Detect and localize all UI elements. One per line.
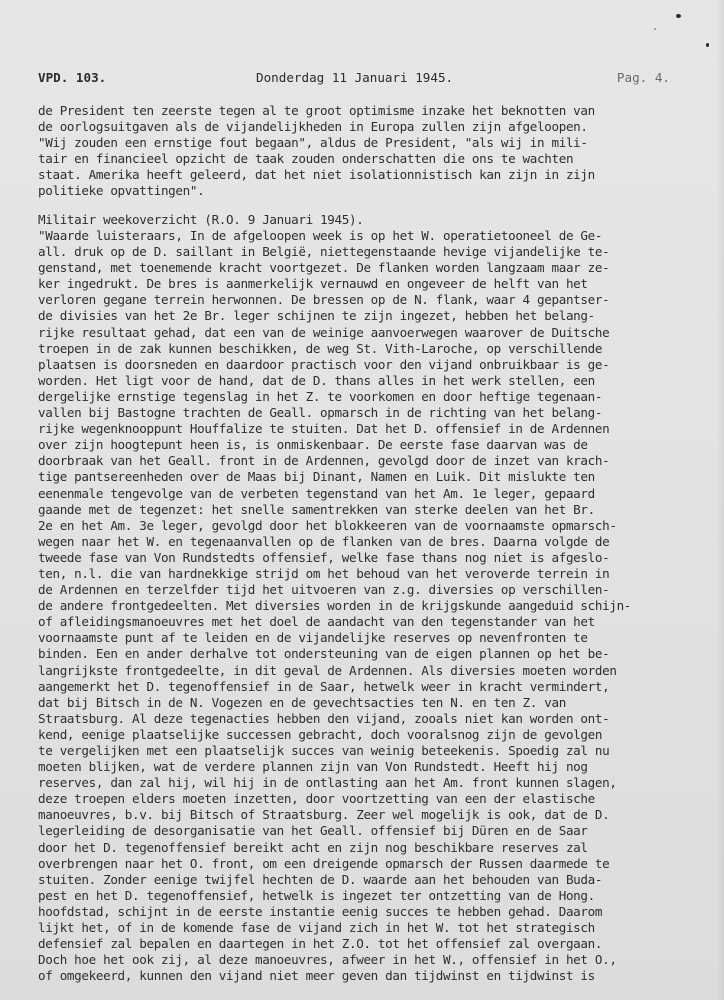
text-line: te vergelijken met een plaatselijk succe… [38, 743, 688, 759]
text-line: kend, eenige plaatselijke successen gebr… [38, 727, 688, 743]
text-line: Doch hoe het ook zij, al deze manoeuvres… [38, 952, 688, 968]
text-line: gaande met de tegenzet: het snelle samen… [38, 502, 688, 518]
document-date: Donderdag 11 Januari 1945. [256, 70, 453, 85]
text-line: ten, n.l. die van hardnekkige strijd om … [38, 566, 688, 582]
text-line: wegen naar het W. en tegenaanvallen op d… [38, 534, 688, 550]
text-line: worden. Het ligt voor de hand, dat de D.… [38, 373, 688, 389]
text-line: 2e en het Am. 3e leger, gevolgd door het… [38, 518, 688, 534]
text-line: rijke wegenknooppunt Houffalize te stuit… [38, 421, 688, 437]
text-line: pest en het D. tegenoffensief, hetwelk i… [38, 888, 688, 904]
text-line: door het D. tegenoffensief bereikt acht … [38, 840, 688, 856]
ink-speck [676, 14, 681, 18]
ink-speck [654, 28, 656, 30]
text-line: of omgekeerd, kunnen den vijand niet mee… [38, 968, 688, 984]
text-line: lijkt het, of in de komende fase de vija… [38, 920, 688, 936]
text-line: hoofdstad, schijnt in de eerste instanti… [38, 904, 688, 920]
document-number: VPD. 103. [38, 70, 106, 85]
paragraph-military-overview: "Waarde luisteraars, In de afgeloopen we… [38, 228, 688, 984]
text-line: vallen bij Bastogne trachten de Geall. o… [38, 405, 688, 421]
text-line: doorbraak van het Geall. front in de Ard… [38, 453, 688, 469]
text-line: de Ardennen en terzelfder tijd het uitvo… [38, 582, 688, 598]
text-line: tige pantsereenheden over de Maas bij Di… [38, 469, 688, 485]
paragraph-president: de President ten zeerste tegen al te gro… [38, 103, 688, 200]
text-line: "Waarde luisteraars, In de afgeloopen we… [38, 228, 688, 244]
text-line: ker ingedrukt. De bres is aanmerkelijk v… [38, 276, 688, 292]
text-line: tweede fase van Von Rundstedts offensief… [38, 550, 688, 566]
text-line: "Wij zouden een ernstige fout begaan", a… [38, 135, 688, 151]
text-line: stuiten. Zonder eenige twijfel hechten d… [38, 872, 688, 888]
text-line: tair en financieel opzicht de taak zoude… [38, 151, 688, 167]
text-line: de President ten zeerste tegen al te gro… [38, 103, 688, 119]
text-line: rijke resultaat gehad, dat een van de we… [38, 325, 688, 341]
text-line: troepen in de zak kunnen beschikken, de … [38, 341, 688, 357]
text-line: overbrengen naar het O. front, om een dr… [38, 856, 688, 872]
text-line: moeten blijken, wat de verdere plannen z… [38, 759, 688, 775]
page-number: Pag. 4. [617, 70, 670, 85]
text-line: genstand, met toenemende kracht voortgez… [38, 260, 688, 276]
text-line: dergelijke ernstige tegenslag in het Z. … [38, 389, 688, 405]
text-line: voornaamste punt af te leiden en de vija… [38, 630, 688, 646]
text-line: all. druk op de D. saillant in België, n… [38, 244, 688, 260]
text-line: legerleiding de desorganisatie van het G… [38, 823, 688, 839]
text-line: of afleidingsmanoeuvres met het doel de … [38, 614, 688, 630]
text-line: de divisies van het 2e Br. leger schijne… [38, 308, 688, 324]
text-line: deze troepen elders moeten inzetten, doo… [38, 791, 688, 807]
text-line: dat bij Bitsch in de N. Vogezen en de ge… [38, 695, 688, 711]
text-line: reserves, dan zal hij, wil hij in de ont… [38, 775, 688, 791]
document-page: VPD. 103. Donderdag 11 Januari 1945. Pag… [0, 0, 724, 1000]
text-line: staat. Amerika heeft geleerd, dat het ni… [38, 167, 688, 183]
text-line: langrijkste frontgedeelte, in dit geval … [38, 663, 688, 679]
text-line: defensief zal bepalen en daartegen in he… [38, 936, 688, 952]
text-line: aangemerkt het D. tegenoffensief in de S… [38, 679, 688, 695]
text-line: eenenmale tengevolge van de verbeten teg… [38, 486, 688, 502]
text-line: politieke opvattingen". [38, 183, 688, 199]
ink-speck [706, 43, 709, 47]
text-line: de andere frontgedeelten. Met diversies … [38, 598, 688, 614]
text-line: over zijn hoogtepunt heen is, is onmiske… [38, 437, 688, 453]
text-line: de oorlogsuitgaven als de vijandelijkhed… [38, 119, 688, 135]
section-title: Militair weekoverzicht (R.O. 9 Januari 1… [38, 212, 363, 228]
text-line: plaatsen is doorsneden en daardoor pract… [38, 357, 688, 373]
text-line: binden. Een en ander derhalve tot onders… [38, 646, 688, 662]
text-line: verloren gegane terrein herwonnen. De br… [38, 292, 688, 308]
text-line: manoeuvres, b.v. bij Bitsch of Straatsbu… [38, 807, 688, 823]
text-line: Straatsburg. Al deze tegenacties hebben … [38, 711, 688, 727]
page-header: VPD. 103. Donderdag 11 Januari 1945. Pag… [38, 70, 678, 90]
